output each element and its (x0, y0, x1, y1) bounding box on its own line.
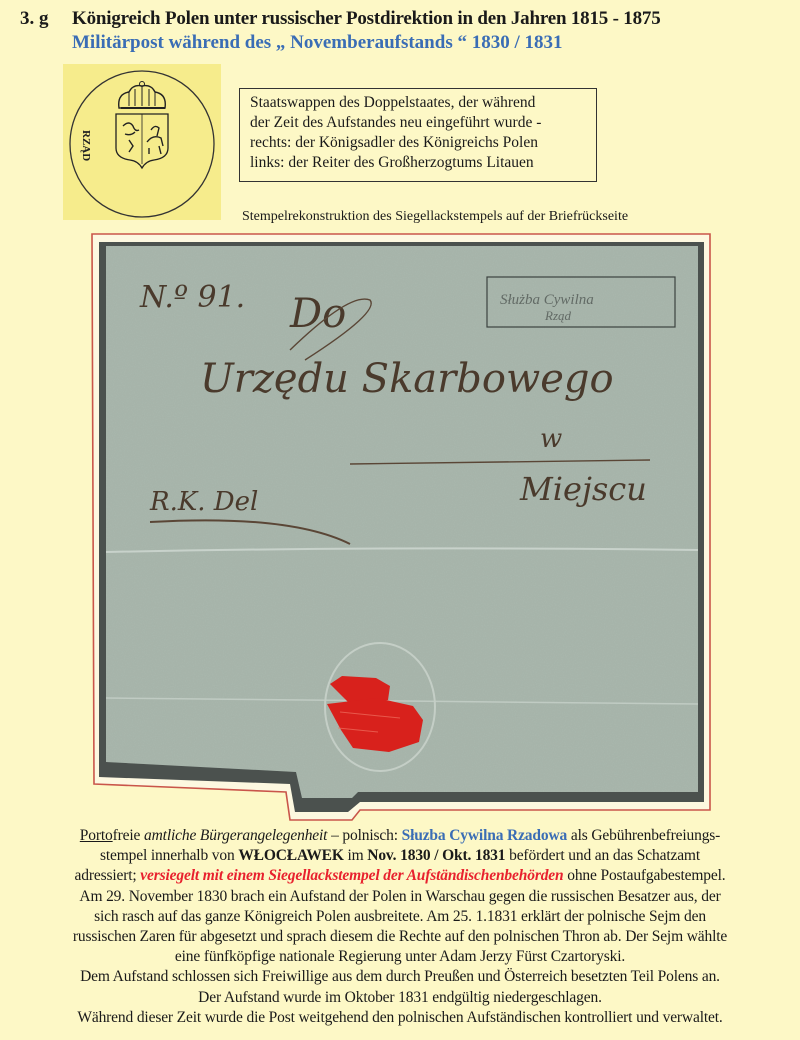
text-segment: stempel innerhalb von (100, 847, 238, 864)
text-segment: ohne Postaufgabestempel. (564, 867, 726, 884)
history-line: Während dieser Zeit wurde die Post weitg… (0, 1008, 800, 1028)
text-segment: – polnisch: (327, 827, 401, 844)
svg-text:Do: Do (289, 291, 346, 337)
page-subtitle: Militärpost während des „ Novemberaufsta… (72, 32, 563, 54)
seal-reconstruction: RZĄD (63, 64, 221, 220)
envelope-icon: Służba Cywilna Rząd N.º 91. Do Urzędu Sk… (90, 232, 720, 822)
seal-note: versiegelt mit einem Siegellackstempel d… (140, 867, 563, 884)
italic-segment: amtliche Bürgerangelegenheit (144, 827, 327, 844)
history-line: Am 29. November 1830 brach ein Aufstand … (0, 887, 800, 907)
stamp-caption: Stempelrekonstruktion des Siegellackstem… (242, 209, 628, 225)
section-number: 3. g (20, 8, 49, 30)
text-segment: freie (113, 827, 144, 844)
history-line: sich rasch auf das ganze Königreich Pole… (0, 907, 800, 927)
date-range: Nov. 1830 / Okt. 1831 (367, 847, 505, 864)
info-line: links: der Reiter des Großherzogtums Lit… (250, 153, 586, 173)
history-line: Der Aufstand wurde im Oktober 1831 endgü… (0, 988, 800, 1008)
description-line-2: stempel innerhalb von WŁOCŁAWEK im Nov. … (0, 846, 800, 866)
polish-stamp-name: Słuzba Cywilna Rzadowa (402, 827, 568, 844)
info-line: der Zeit des Aufstandes neu eingeführt w… (250, 113, 586, 133)
info-line: rechts: der Königsadler des Königreichs … (250, 133, 586, 153)
history-line: russischen Zaren für abgesetzt und sprac… (0, 927, 800, 947)
town-name: WŁOCŁAWEK (238, 847, 343, 864)
text-segment: im (344, 847, 368, 864)
svg-text:Urzędu Skarbowego: Urzędu Skarbowego (200, 356, 614, 402)
info-line: Staatswappen des Doppelstaates, der währ… (250, 93, 586, 113)
underlined-word: Porto (80, 827, 113, 844)
coat-of-arms-seal-icon: RZĄD (63, 64, 221, 220)
history-line: eine fünfköpfige nationale Regierung unt… (0, 947, 800, 967)
text-segment: als Gebührenbefreiungs- (567, 827, 720, 844)
svg-text:RZĄD: RZĄD (80, 130, 92, 161)
svg-text:Służba Cywilna: Służba Cywilna (500, 292, 594, 308)
svg-text:N.º 91.: N.º 91. (139, 280, 245, 315)
history-line: Dem Aufstand schlossen sich Freiwillige … (0, 967, 800, 987)
description-line-3: adressiert; versiegelt mit einem Siegell… (0, 866, 800, 886)
description-line-1: Portofreie amtliche Bürgerangelegenheit … (0, 826, 800, 846)
coat-of-arms-info-box: Staatswappen des Doppelstaates, der währ… (239, 88, 597, 182)
text-segment: adressiert; (75, 867, 141, 884)
svg-text:Rząd: Rząd (544, 308, 572, 323)
svg-text:Miejscu: Miejscu (519, 470, 647, 508)
svg-text:R.K. Del: R.K. Del (149, 487, 258, 517)
envelope-image: Służba Cywilna Rząd N.º 91. Do Urzędu Sk… (90, 232, 720, 822)
text-segment: befördert und an das Schatzamt (505, 847, 700, 864)
description-text: Portofreie amtliche Bürgerangelegenheit … (0, 826, 800, 1028)
page-title: Königreich Polen unter russischer Postdi… (72, 8, 661, 30)
svg-text:w: w (540, 424, 562, 454)
